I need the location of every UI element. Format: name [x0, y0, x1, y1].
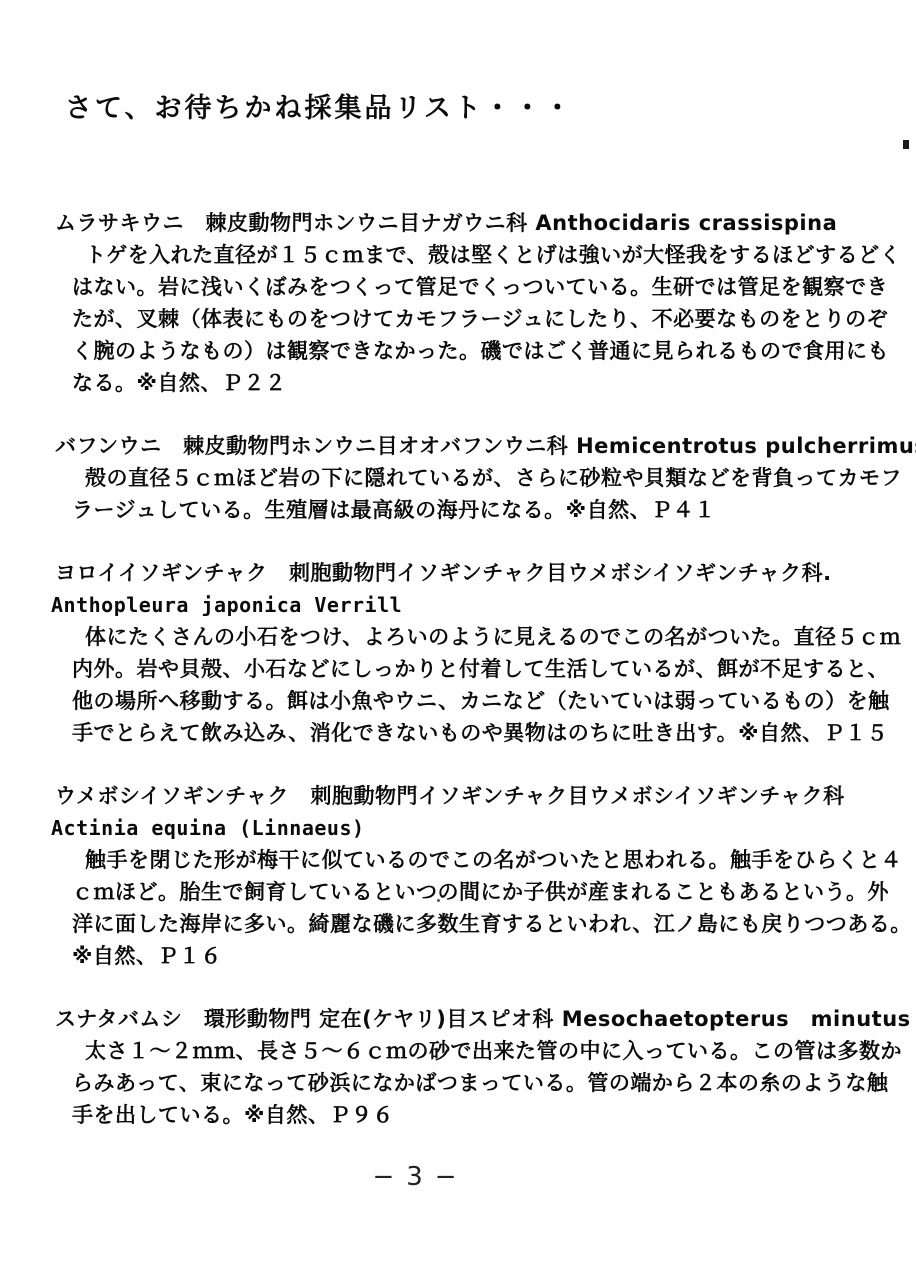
scanned-document-page: さて、お待ちかね採集品リスト・・・ ムラサキウニ 棘皮動物門ホンウニ目ナガウニ科… [0, 0, 916, 1280]
entry-body-line: はない。岩に浅いくぼみをつくって管足でくっついている。生研では管足を観察でき [55, 271, 882, 303]
entry-body: トゲを入れた直径が１５ｃｍまで、殻は堅くとげは強いが大怪我をするほどするどく は… [55, 239, 882, 399]
species-entry-umeboshi-isoginchaku: ウメボシイソギンチャク 刺胞動物門イソギンチャク目ウメボシイソギンチャク科 Ac… [55, 780, 882, 972]
entry-body-line: らみあって、束になって砂浜になかばつまっている。管の端から２本の糸のような触 [55, 1067, 882, 1099]
entry-body-line: ラージュしている。生殖層は最高級の海丹になる。※自然、Ｐ４１ [55, 494, 882, 526]
entry-body-line: 他の場所へ移動する。餌は小魚やウニ、カニなど（たいていは弱っているもの）を触 [55, 685, 882, 717]
entry-header: ウメボシイソギンチャク 刺胞動物門イソギンチャク目ウメボシイソギンチャク科 [55, 780, 882, 812]
entry-latin-name: Actinia equina (Linnaeus) [51, 812, 882, 844]
entry-body-line: 手を出している。※自然、Ｐ９６ [55, 1099, 882, 1131]
entry-header: ムラサキウニ 棘皮動物門ホンウニ目ナガウニ科 Anthocidaris cras… [55, 207, 882, 239]
entry-body-line: 触手を閉じた形が梅干に似ているのでこの名がついたと思われる。触手をひらくと４ [55, 844, 882, 876]
entry-body: 殻の直径５ｃｍほど岩の下に隠れているが、さらに砂粒や貝類などを背負ってカモフ ラ… [55, 462, 882, 526]
entry-body: 体にたくさんの小石をつけ、よろいのように見えるのでこの名がついた。直径５ｃｍ 内… [55, 621, 882, 749]
species-entry-yoroi-isoginchaku: ヨロイイソギンチャク 刺胞動物門イソギンチャク目ウメボシイソギンチャク科. An… [55, 557, 882, 749]
entry-body-line: 手でとらえて飲み込み、消化できないものや異物はのちに吐き出す。※自然、Ｐ１５ [55, 717, 882, 749]
entry-body-line: ※自然、Ｐ１６ [55, 940, 882, 972]
entry-body-line: たが、叉棘（体表にものをつけてカモフラージュにしたり、不必要なものをとりのぞ [55, 303, 882, 335]
page-number: −3− [7, 1162, 834, 1192]
entry-body-line: 殻の直径５ｃｍほど岩の下に隠れているが、さらに砂粒や貝類などを背負ってカモフ [55, 462, 882, 494]
species-entry-murasakiuni: ムラサキウニ 棘皮動物門ホンウニ目ナガウニ科 Anthocidaris cras… [55, 207, 882, 399]
entry-body: 触手を閉じた形が梅干に似ているのでこの名がついたと思われる。触手をひらくと４ ｃ… [55, 844, 882, 972]
entry-body-line: ｃｍほど。胎生で飼育しているといつの間にか子供が産まれることもあるという。外 [55, 876, 882, 908]
entry-body-line: 洋に面した海岸に多い。綺麗な磯に多数生育するといわれ、江ノ島にも戻りつつある。 [55, 908, 882, 940]
entry-body-line: 内外。岩や貝殻、小石などにしっかりと付着して生活しているが、餌が不足すると、 [55, 653, 882, 685]
species-entry-bafununi: バフンウニ 棘皮動物門ホンウニ目オオバフンウニ科 Hemicentrotus p… [55, 430, 882, 526]
entry-header: スナタバムシ 環形動物門 定在(ケヤリ)目スピオ科 Mesochaetopter… [55, 1003, 882, 1035]
entry-body-line: 体にたくさんの小石をつけ、よろいのように見えるのでこの名がついた。直径５ｃｍ [55, 621, 882, 653]
entry-header: ヨロイイソギンチャク 刺胞動物門イソギンチャク目ウメボシイソギンチャク科. [55, 557, 882, 589]
entry-latin-name: Anthopleura japonica Verrill [51, 589, 882, 621]
entry-body-line: なる。※自然、Ｐ２２ [55, 367, 882, 399]
entry-body-line: く腕のようなもの）は観察できなかった。磯ではごく普通に見られるもので食用にも [55, 335, 882, 367]
entry-body-line: 太さ１～２ｍｍ、長さ５～６ｃｍの砂で出来た管の中に入っている。この管は多数か [55, 1035, 882, 1067]
species-entry-sunatabamushi: スナタバムシ 環形動物門 定在(ケヤリ)目スピオ科 Mesochaetopter… [55, 1003, 882, 1131]
page-content: さて、お待ちかね採集品リスト・・・ ムラサキウニ 棘皮動物門ホンウニ目ナガウニ科… [0, 0, 916, 1192]
entry-header: バフンウニ 棘皮動物門ホンウニ目オオバフンウニ科 Hemicentrotus p… [55, 430, 882, 462]
scan-artifact-dot [437, 899, 440, 902]
entry-body: 太さ１～２ｍｍ、長さ５～６ｃｍの砂で出来た管の中に入っている。この管は多数か ら… [55, 1035, 882, 1131]
entry-body-line: トゲを入れた直径が１５ｃｍまで、殻は堅くとげは強いが大怪我をするほどするどく [55, 239, 882, 271]
scan-artifact-right-edge [903, 140, 909, 149]
page-title: さて、お待ちかね採集品リスト・・・ [65, 86, 882, 125]
